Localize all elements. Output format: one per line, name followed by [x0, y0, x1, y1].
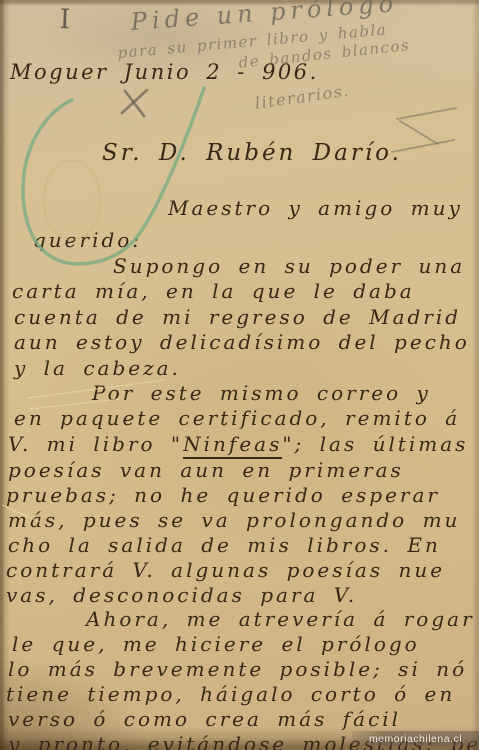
book-title-ninfeas: Ninfeas — [183, 432, 282, 459]
manuscript-line: y la cabeza. — [14, 358, 181, 378]
manuscript-line-ninfeas: V. mi libro "Ninfeas"; las últimas — [8, 434, 468, 454]
manuscript-line: cho la salida de mis libros. En — [8, 535, 441, 555]
manuscript-dateline: Moguer Junio 2 - 906. — [10, 62, 319, 83]
manuscript-line: Maestro y amigo muy — [168, 198, 463, 218]
manuscript-line: carta mía, en la que le daba — [12, 281, 415, 301]
pencil-roman-numeral: I — [59, 6, 71, 33]
manuscript-line: le que, me hiciere el prólogo — [12, 634, 420, 654]
manuscript-line: pruebas; no he querido esperar — [6, 485, 440, 505]
manuscript-line: en paquete certificado, remito á — [14, 408, 460, 428]
manuscript-line: Por este mismo correo y — [92, 383, 431, 403]
manuscript-line: Supongo en su poder una — [113, 256, 465, 276]
ninfeas-post-text: "; las últimas — [282, 432, 468, 456]
manuscript-line: aun estoy delicadísimo del pecho — [14, 332, 470, 352]
manuscript-line: querido: — [33, 230, 142, 250]
ninfeas-pre-text: V. mi libro " — [8, 432, 183, 456]
manuscript-salutation: Sr. D. Rubén Darío. — [102, 142, 402, 165]
watermark: memoriachilena.cl — [352, 731, 479, 746]
pencil-note-line-4: literarios. — [254, 83, 351, 112]
manuscript-line: vas, desconocidas para V. — [6, 585, 357, 605]
manuscript-line: Ahora, me atrevería á rogar — [86, 609, 475, 629]
manuscript-line: tiene tiempo, háigalo corto ó en — [6, 684, 455, 704]
manuscript-line: cuenta de mi regreso de Madrid — [14, 307, 461, 327]
manuscript-line: contrará V. algunas poesías nue — [6, 560, 445, 580]
letter-page: I Pide un prólogo para su primer libro y… — [0, 0, 479, 750]
manuscript-line: más, pues se va prolongando mu — [8, 510, 460, 530]
manuscript-line: lo más brevemente posible; si nó — [8, 659, 467, 679]
manuscript-line: verso ó como crea más fácil — [8, 709, 401, 729]
manuscript-line: poesías van aun en primeras — [8, 460, 404, 480]
pencil-cross-mark — [122, 90, 147, 116]
